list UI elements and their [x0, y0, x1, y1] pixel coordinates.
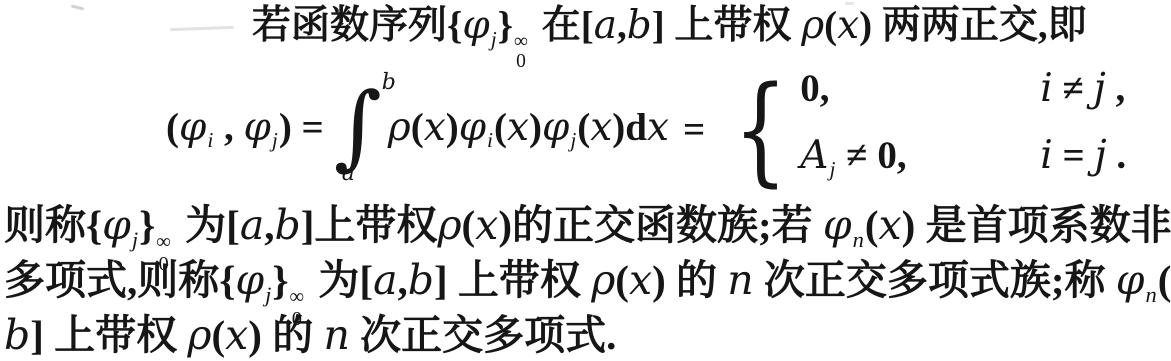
text-run: ≠ 0, [836, 134, 906, 177]
math-var: x [225, 311, 248, 359]
math-var: n [323, 311, 349, 359]
scan-artifact [71, 4, 84, 10]
math-var: b [408, 256, 434, 304]
text-run: ] 上带权 [434, 257, 591, 303]
cases-brace: { [734, 77, 788, 181]
text-run: ( [824, 4, 837, 47]
subscripted-var: φj [462, 4, 497, 47]
math-var: j [1095, 133, 1107, 178]
text-run: } [139, 202, 155, 248]
subscripted-var: φj [542, 106, 577, 149]
text-run: { [219, 257, 235, 303]
text-run: ) = [279, 106, 324, 149]
text-run: , [214, 106, 243, 149]
piecewise-cases: { 0, i ≠ j , Aj ≠ 0, i = j . [723, 66, 1126, 192]
orthogonality-formula: (φi , φj) = ∫ b a ρ(x)φi(x)φj(x)dx = { 0… [166, 70, 1126, 188]
text-run: 为[ [175, 202, 240, 248]
text-run: ) [446, 106, 459, 149]
text-run: 若函数序列 [252, 4, 447, 47]
math-var: i [1040, 133, 1052, 178]
text-run: ≠ [1053, 67, 1094, 110]
text-run: ) 的 [248, 312, 323, 358]
subscripted-var: φj [102, 202, 139, 248]
math-var: i [1040, 66, 1052, 111]
sup-sub-stack: ∞0 [514, 32, 528, 73]
text-run: , [264, 202, 274, 248]
text-run: ) 的 [652, 257, 727, 303]
text-run: ( [494, 106, 507, 149]
math-var: b [275, 201, 301, 249]
math-var: x [507, 105, 529, 150]
text-run: )的正交函数族;若 [498, 202, 823, 248]
text-run: ( [212, 312, 226, 358]
subscripted-var: φi [459, 106, 494, 149]
text-run: ( [865, 202, 879, 248]
integrand: ρ(x)φi(x)φj(x)dx [388, 105, 669, 154]
math-var: b [4, 311, 30, 359]
text-run: ( [411, 106, 424, 149]
text-run: )d [612, 106, 647, 149]
integral-upper-limit: b [382, 70, 396, 95]
math-var: b [627, 3, 652, 48]
text-run: ( [462, 202, 476, 248]
case-condition: i ≠ j , [1040, 66, 1125, 111]
inner-product-lhs: (φi , φj) = [166, 105, 324, 154]
subscripted-var: Aj [800, 134, 836, 177]
text-run: ) 两两正交,即 [859, 4, 1087, 47]
text-run: , [617, 4, 627, 47]
text-run: { [447, 4, 462, 47]
subscripted-var: φj [244, 106, 279, 149]
math-var: x [629, 256, 652, 304]
case-condition: i = j . [1040, 133, 1126, 178]
subscripted-var: φn [823, 202, 865, 248]
text-run: 0, [800, 67, 829, 110]
text-run: } [498, 4, 513, 47]
case-value: 0, [800, 66, 1040, 111]
math-var: a [240, 201, 264, 249]
math-var: x [590, 105, 612, 150]
math-var: x [475, 201, 498, 249]
subscripted-var: φj [235, 257, 272, 303]
integral-sign: ∫ [334, 81, 382, 173]
case-row-i-not-equal-j: 0, i ≠ j , [800, 66, 1126, 111]
text-run: . [1107, 134, 1127, 177]
subscripted-var: φn [1116, 257, 1158, 303]
integral-lower-limit: a [342, 161, 355, 186]
math-var: a [594, 3, 617, 48]
text-run: 为[ [308, 257, 373, 303]
text-run: { [86, 202, 102, 248]
math-var: ρ [591, 256, 615, 304]
scan-artifact [170, 26, 234, 31]
math-var: a [373, 256, 397, 304]
case-row-i-equal-j: Aj ≠ 0, i = j . [800, 133, 1126, 192]
text-run: 次正交多项式族;称 [754, 257, 1116, 303]
text-run: ( [577, 106, 590, 149]
integral: ∫ b a [334, 79, 384, 179]
text-run: ) 是首项系数非零的 [902, 202, 1171, 248]
text-run: ( [615, 257, 629, 303]
math-var: j [1094, 66, 1106, 111]
equals-sign: = [683, 107, 705, 152]
text-run: 多项式,则称 [4, 257, 219, 303]
text-run: ] 上带权 [30, 312, 187, 358]
text-run: ( [166, 106, 179, 149]
text-run: ) [529, 106, 542, 149]
math-var: ρ [437, 201, 461, 249]
text-run: 在[ [532, 4, 594, 47]
text-run: , [1106, 67, 1126, 110]
text-run: , [398, 257, 408, 303]
textbook-excerpt-page: 若函数序列{φj}∞0 在[a,b] 上带权 ρ(x) 两两正交,即 (φi ,… [0, 0, 1171, 361]
math-var: ρ [801, 3, 824, 48]
subscripted-var: φi [179, 106, 214, 149]
math-var: x [424, 105, 446, 150]
math-var: x [837, 3, 859, 48]
math-var: ρ [187, 311, 211, 359]
math-var: x [647, 105, 669, 150]
text-run: } [272, 257, 288, 303]
text-run: 次正交多项式. [350, 312, 617, 358]
math-var: n [727, 256, 753, 304]
cases-rows: 0, i ≠ j , Aj ≠ 0, i = j . [800, 66, 1126, 192]
intro-line: 若函数序列{φj}∞0 在[a,b] 上带权 ρ(x) 两两正交,即 [252, 2, 1087, 73]
text-run: = [1053, 134, 1095, 177]
definition-line-3: b] 上带权 ρ(x) 的 n 次正交多项式. [4, 310, 616, 360]
text-run: ]上带权 [301, 202, 438, 248]
text-run: ] 上带权 [652, 4, 802, 47]
case-value: Aj ≠ 0, [800, 133, 1040, 192]
math-var: x [879, 201, 902, 249]
text-run: ( [1158, 257, 1171, 303]
text-run: 则称 [4, 202, 86, 248]
